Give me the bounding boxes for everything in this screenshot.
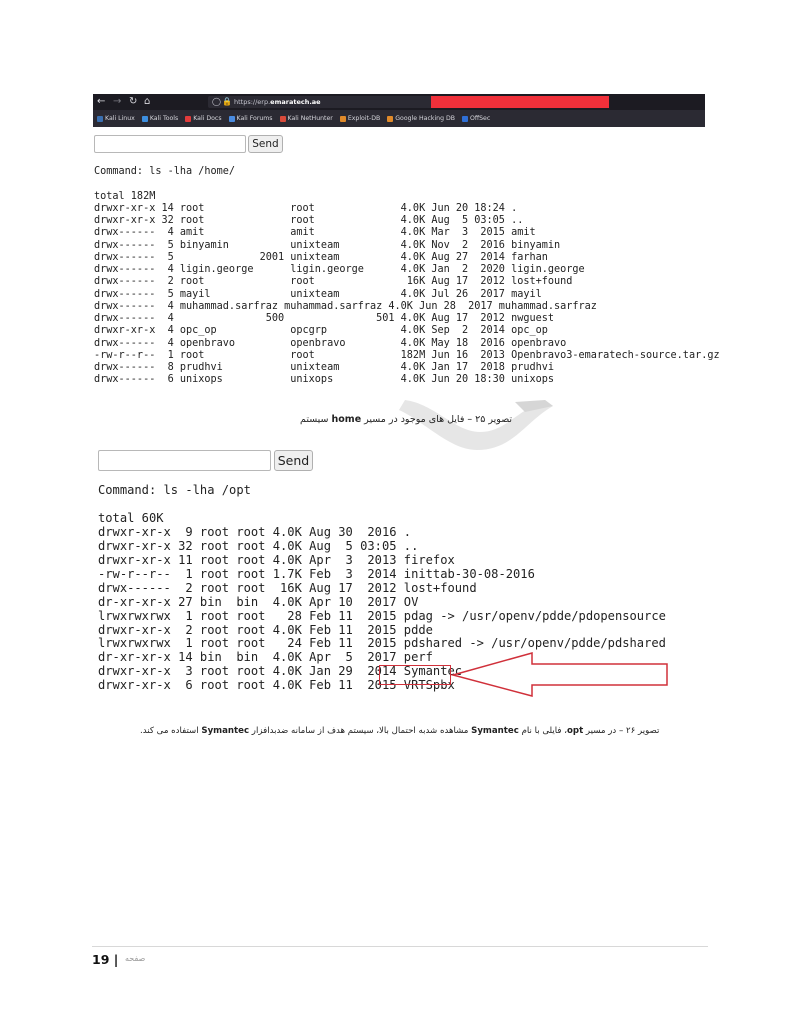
- page-label: صفحه: [125, 954, 145, 963]
- bookmark-kali-forums[interactable]: Kali Forums: [229, 115, 273, 122]
- bookmark-favicon-icon: [462, 116, 468, 122]
- url-redaction: [431, 96, 609, 108]
- bookmark-kali-nethunter[interactable]: Kali NetHunter: [280, 115, 333, 122]
- bookmark-label: Google Hacking DB: [395, 115, 455, 122]
- bookmark-favicon-icon: [229, 116, 235, 122]
- page-number: 19 |: [92, 952, 118, 967]
- browser-nav-row: ← → ↻ ⌂ ◯ 🔒 https://erp.emaratech.ae: [93, 94, 705, 110]
- bookmark-label: Kali Tools: [150, 115, 178, 122]
- figure-caption-26: تصویر ۲۶ – در مسیر opt، فایلی با نام Sym…: [140, 726, 659, 736]
- symantec-highlight-box: [379, 665, 451, 685]
- bookmark-exploit-db[interactable]: Exploit-DB: [340, 115, 380, 122]
- back-icon[interactable]: ←: [97, 95, 105, 109]
- url-text: https://erp.emaratech.ae: [234, 96, 321, 108]
- command-output-home: Command: ls -lha /home/ total 182M drwxr…: [94, 166, 720, 387]
- send-button[interactable]: Send: [248, 135, 283, 153]
- red-arrow-annotation-icon: [450, 650, 672, 700]
- url-bar[interactable]: ◯ 🔒 https://erp.emaratech.ae: [208, 96, 608, 108]
- bookmark-favicon-icon: [387, 116, 393, 122]
- command-input[interactable]: [98, 450, 271, 471]
- bookmarks-bar: Kali LinuxKali ToolsKali DocsKali Forums…: [93, 110, 705, 127]
- bookmark-favicon-icon: [340, 116, 346, 122]
- bookmark-favicon-icon: [185, 116, 191, 122]
- bookmark-label: Kali Forums: [237, 115, 273, 122]
- bookmark-favicon-icon: [97, 116, 103, 122]
- command-input[interactable]: [94, 135, 246, 153]
- lock-icon: 🔒: [222, 96, 232, 108]
- figure-caption-25: تصویر ۲۵ – فایل های موجود در مسیر home س…: [300, 414, 512, 425]
- send-button[interactable]: Send: [274, 450, 313, 471]
- bookmark-kali-tools[interactable]: Kali Tools: [142, 115, 178, 122]
- bookmark-google-hacking-db[interactable]: Google Hacking DB: [387, 115, 455, 122]
- bookmark-label: Kali NetHunter: [288, 115, 333, 122]
- bookmark-offsec[interactable]: OffSec: [462, 115, 490, 122]
- bookmark-label: Exploit-DB: [348, 115, 380, 122]
- reload-icon[interactable]: ↻: [129, 95, 137, 109]
- bookmark-label: Kali Linux: [105, 115, 135, 122]
- bookmark-label: Kali Docs: [193, 115, 221, 122]
- browser-toolbar-screenshot: ← → ↻ ⌂ ◯ 🔒 https://erp.emaratech.ae Kal…: [93, 94, 705, 127]
- bookmark-kali-docs[interactable]: Kali Docs: [185, 115, 221, 122]
- footer-divider: [92, 946, 708, 947]
- forward-icon[interactable]: →: [113, 95, 121, 109]
- bookmark-kali-linux[interactable]: Kali Linux: [97, 115, 135, 122]
- shield-icon: ◯: [212, 96, 221, 108]
- bookmark-label: OffSec: [470, 115, 490, 122]
- bookmark-favicon-icon: [142, 116, 148, 122]
- home-icon[interactable]: ⌂: [144, 95, 150, 109]
- bookmark-favicon-icon: [280, 116, 286, 122]
